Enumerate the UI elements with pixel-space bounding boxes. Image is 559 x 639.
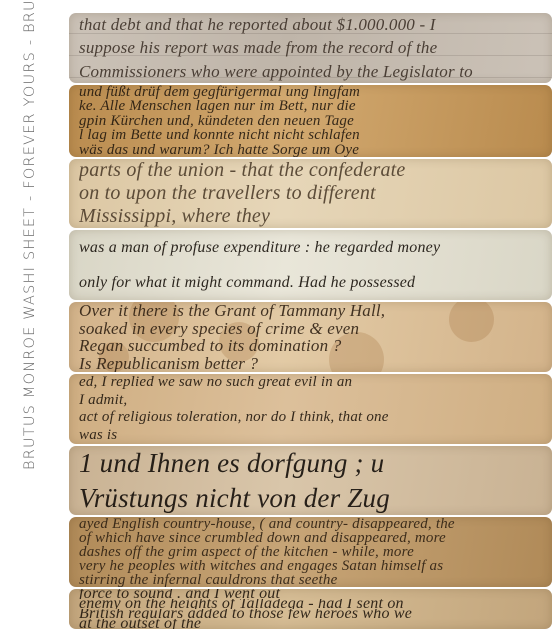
handwriting-line: on to upon the travellers to different	[79, 182, 546, 205]
handwriting-line: soaked in every species of crime & even	[79, 320, 546, 338]
handwriting-line: ed, I replied we saw no such great evil …	[79, 374, 546, 392]
washi-strip-1: that debt and that he reported about $1.…	[69, 13, 552, 83]
washi-strip-9: force to sound . and I went outenemy on …	[69, 589, 552, 629]
handwriting-line: act of religious toleration, nor do I th…	[79, 409, 546, 427]
washi-strip-2: und füßt drüf dem gegfürigermal ung ling…	[69, 85, 552, 157]
handwriting-line: stirring the infernal cauldrons that see…	[79, 573, 546, 587]
washi-sheet: that debt and that he reported about $1.…	[69, 0, 552, 639]
washi-strip-3: parts of the union - that the confederat…	[69, 159, 552, 228]
handwriting-line: und füßt drüf dem gegfürigermal ung ling…	[79, 85, 546, 99]
handwriting-line: very he peoples with witches and engages…	[79, 559, 546, 573]
washi-strip-4: was a man of profuse expenditure : he re…	[69, 230, 552, 300]
handwriting-line: suppose his report was made from the rec…	[79, 36, 546, 59]
handwriting-line: only for what it might command. Had he p…	[79, 265, 546, 300]
handwriting-line: of which have since crumbled down and di…	[79, 531, 546, 545]
handwriting-line: l lag im Bette und konnte nicht nicht sc…	[79, 128, 546, 142]
handwriting-line: at the outset of the	[79, 619, 546, 629]
handwriting-line: I admit,	[79, 392, 546, 410]
handwriting-line: wäs das und warum? Ich hatte Sorge um Oy…	[79, 143, 546, 157]
handwriting-line: dashes off the grim aspect of the kitche…	[79, 545, 546, 559]
handwriting-line: was is	[79, 427, 546, 445]
washi-strip-7: 1 und Ihnen es dorfgung ; u Vrüstungs ni…	[69, 446, 552, 515]
handwriting-line: ayed English country-house, ( and countr…	[79, 517, 546, 531]
handwriting-line: that debt and that he reported about $1.…	[79, 13, 546, 36]
handwriting-line: force to sound . and I went out	[79, 589, 546, 599]
handwriting-line: ke. Alle Menschen lagen nur im Bett, nur…	[79, 99, 546, 113]
washi-strip-5: Over it there is the Grant of Tammany Ha…	[69, 302, 552, 372]
handwriting-line: parts of the union - that the confederat…	[79, 159, 546, 182]
handwriting-line: Is Republicanism better ?	[79, 355, 546, 373]
handwriting-line: was a man of profuse expenditure : he re…	[79, 230, 546, 265]
product-label: BRUTUS MONROE WASHI SHEET - FOREVER YOUR…	[22, 50, 38, 470]
handwriting-line: Vrüstungs nicht von der Zug	[79, 481, 546, 516]
washi-strip-8: ayed English country-house, ( and countr…	[69, 517, 552, 587]
handwriting-line: Commissioners who were appointed by the …	[79, 60, 546, 83]
washi-strip-6: ed, I replied we saw no such great evil …	[69, 374, 552, 444]
handwriting-line: Regan succumbed to its domination ?	[79, 337, 546, 355]
handwriting-line: gpin Kürchen und, kündeten den neuen Tag…	[79, 114, 546, 128]
handwriting-line: British regulars added to those few hero…	[79, 609, 546, 619]
handwriting-line: Mississippi, where they	[79, 205, 546, 228]
handwriting-line: 1 und Ihnen es dorfgung ; u	[79, 446, 546, 481]
handwriting-line: enemy on the heights of Talladega - had …	[79, 599, 546, 609]
handwriting-line: Over it there is the Grant of Tammany Ha…	[79, 302, 546, 320]
